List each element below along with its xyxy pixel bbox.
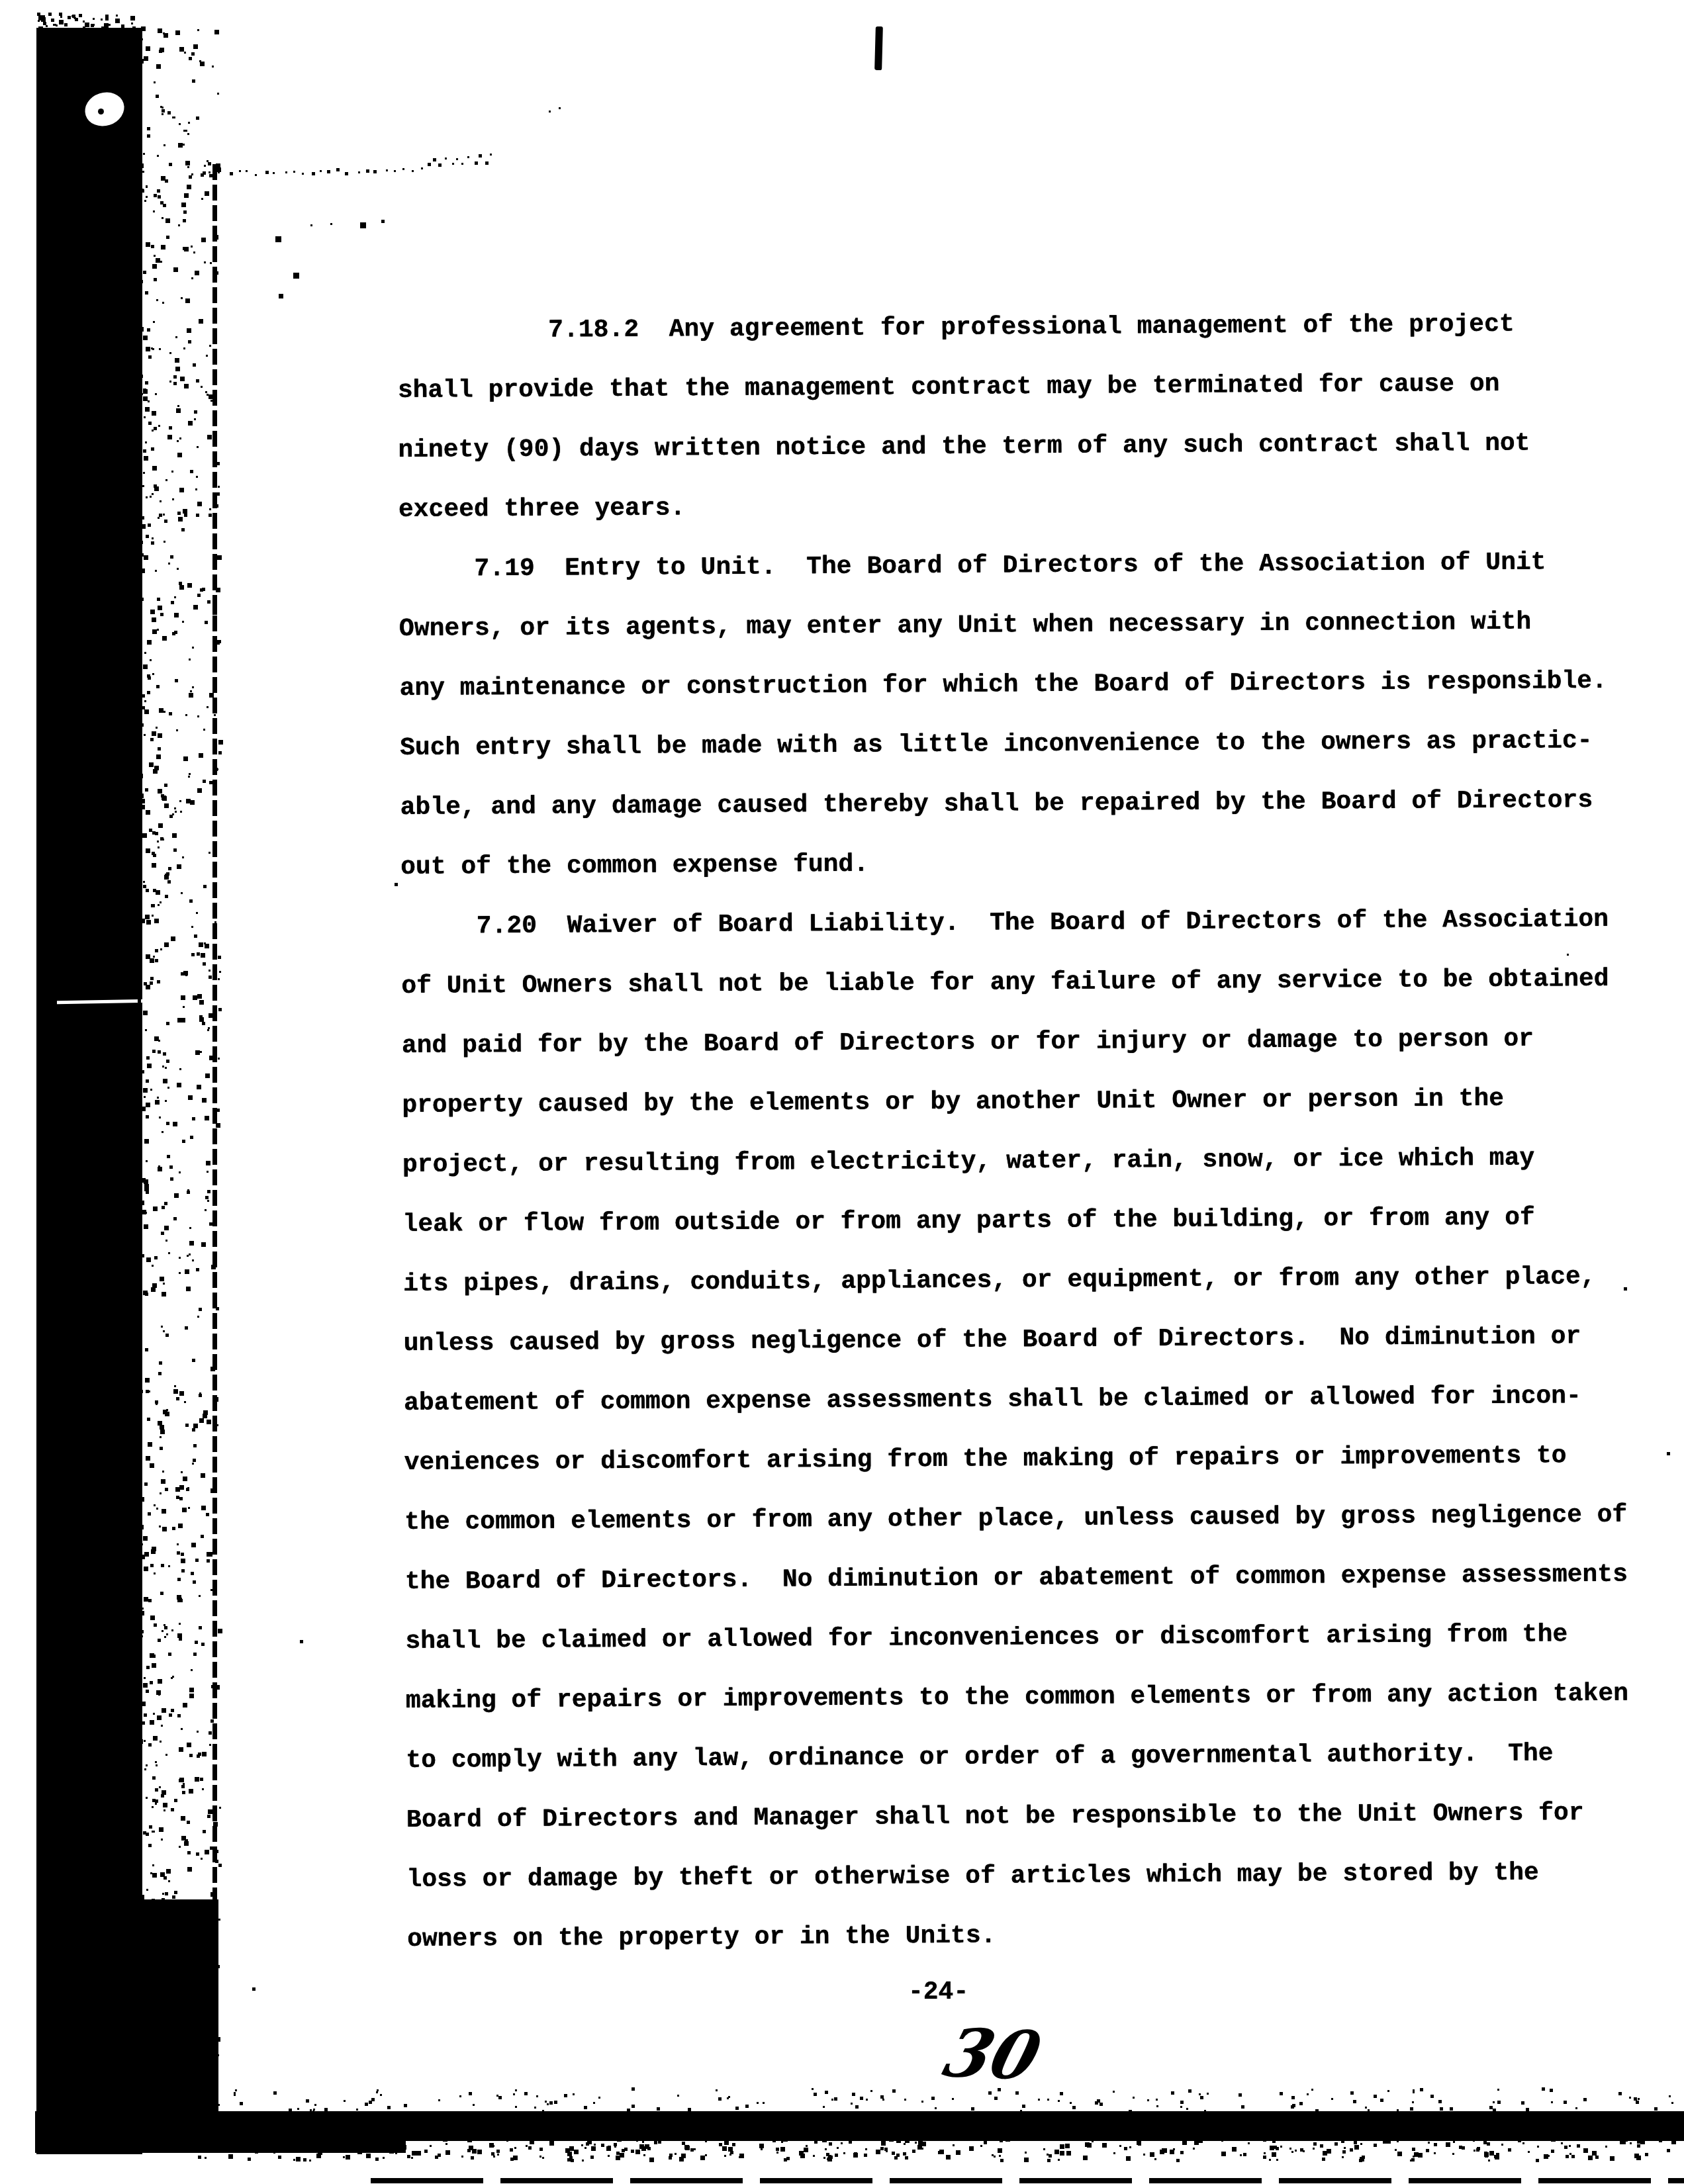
text-line: Such entry shall be made with as little … [400,711,1671,778]
text-line: of Unit Owners shall not be liable for a… [401,949,1673,1017]
text-line: property caused by the elements or by an… [402,1068,1673,1136]
handwritten-page-numeral: 30 [937,2019,1048,2091]
text-line: any maintenance or construction for whic… [399,651,1671,719]
text-line: out of the common expense fund. [400,830,1672,897]
text-line: unless caused by gross negligence of the… [403,1306,1675,1374]
text-line: shall be claimed or allowed for inconven… [405,1604,1677,1672]
text-line: 7.20 Waiver of Board Liability. The Boar… [400,889,1672,957]
text-line: its pipes, drains, conduits, appliances,… [403,1247,1675,1314]
page-number: -24- [908,1978,968,2008]
scan-artifact-bottom-edge-line [371,2178,1684,2183]
scan-artifact-bottom-band-left [35,2111,406,2153]
scan-artifact-vertical-line [212,164,217,2113]
scan-artifact-left-band [36,28,142,2154]
scan-artifact-hole-dot [98,109,104,114]
text-line: shall provide that the management contra… [398,353,1669,421]
scanned-document-page: 7.18.2 Any agreement for professional ma… [0,0,1684,2184]
text-line: the common elements or from any other pl… [404,1485,1676,1553]
text-line: veniences or discomfort arising from the… [404,1426,1675,1493]
text-line: abatement of common expense assessments … [404,1366,1675,1433]
text-line: ninety (90) days written notice and the … [398,413,1669,480]
text-line: loss or damage by theft or otherwise of … [406,1843,1678,1910]
text-line: making of repairs or improvements to the… [406,1664,1677,1731]
text-line: owners on the property or in the Units. [407,1902,1679,1970]
text-line: able, and any damage caused thereby shal… [400,770,1671,838]
text-line: to comply with any law, ordinance or ord… [406,1723,1677,1791]
text-line: 7.18.2 Any agreement for professional ma… [397,294,1669,361]
text-line: and paid for by the Board of Directors o… [402,1009,1673,1076]
text-line: Owners, or its agents, may enter any Uni… [399,592,1671,659]
scan-artifact-top-tick [874,26,883,70]
text-line: exceed three years. [398,473,1670,540]
text-line: leak or flow from outside or from any pa… [402,1187,1674,1255]
text-line: 7.19 Entry to Unit. The Board of Directo… [398,532,1670,600]
text-line: project, or resulting from electricity, … [402,1128,1674,1195]
scan-noise-body-specks [0,0,1,1]
text-line: the Board of Directors. No diminution or… [405,1545,1677,1612]
text-line: Board of Directors and Manager shall not… [406,1783,1678,1850]
document-body-text: 7.18.2 Any agreement for professional ma… [397,294,1678,1970]
